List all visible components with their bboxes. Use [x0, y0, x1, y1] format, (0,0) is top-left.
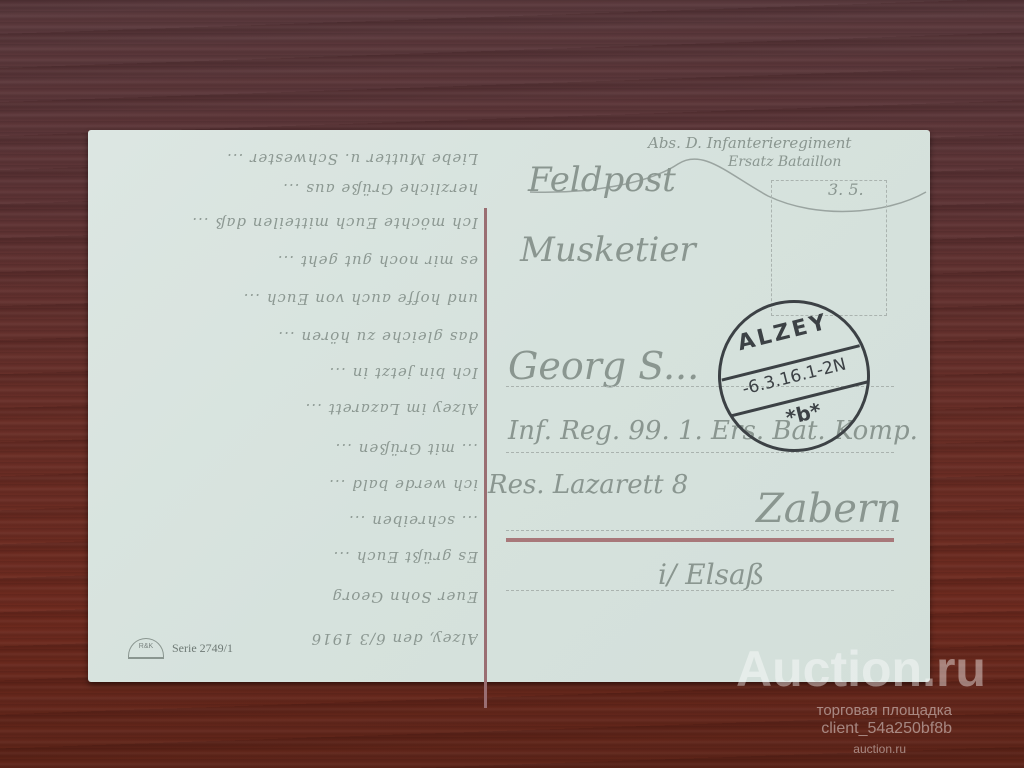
- watermark-client: client_54a250bf8b: [0, 720, 1024, 738]
- message-line: ich werde bald ...: [98, 472, 478, 494]
- message-line: ... mit Grüßen ...: [98, 436, 478, 458]
- message-line: Liebe Mutter u. Schwester ...: [98, 146, 478, 168]
- postcard: Liebe Mutter u. Schwester ... herzliche …: [88, 130, 930, 682]
- message-area: Liebe Mutter u. Schwester ... herzliche …: [98, 138, 478, 678]
- message-line: Es grüßt Euch ...: [98, 544, 478, 566]
- recipient-unit: Inf. Reg. 99. 1. Ers. Bat. Komp.: [508, 416, 918, 446]
- watermark-tagline: торговая площадка: [0, 702, 1024, 719]
- recipient-name: Georg S...: [508, 344, 699, 388]
- watermark-brand: Auction.ru: [736, 640, 986, 698]
- message-line: herzliche Grüße aus ...: [98, 176, 478, 198]
- recipient-city: Zabern: [756, 486, 902, 532]
- message-line: ... schreiben ...: [98, 508, 478, 530]
- message-line: Ich möchte Euch mitteilen daß ...: [98, 210, 478, 232]
- message-line: und hoffe auch von Euch ...: [98, 286, 478, 308]
- sender-note: Ersatz Bataillon: [728, 154, 841, 170]
- message-line: es mir noch gut geht ...: [98, 248, 478, 270]
- recipient-hospital: Res. Lazarett 8: [488, 470, 688, 500]
- message-line: Ich bin jetzt in ...: [98, 360, 478, 382]
- feldpost-label: Feldpost: [528, 160, 676, 200]
- sender-note: Abs. D. Infanterieregiment: [648, 134, 851, 152]
- recipient-region: i/ Elsaß: [658, 558, 764, 591]
- series-number: Serie 2749/1: [172, 641, 233, 656]
- address-line: [506, 452, 894, 453]
- stamp-placeholder: [771, 180, 887, 316]
- red-address-rule: [506, 538, 894, 542]
- watermark-domain: auction.ru: [0, 742, 1024, 756]
- message-line: das gleiche zu hören ...: [98, 324, 478, 346]
- address-line: [506, 530, 894, 531]
- message-line: Euer Sohn Georg: [98, 584, 478, 606]
- publisher-sun-logo-icon: R&K: [128, 638, 164, 659]
- vertical-divider: [484, 208, 487, 708]
- message-line: Alzey im Lazarett ...: [98, 396, 478, 418]
- recipient-rank: Musketier: [520, 230, 696, 270]
- address-line: [506, 590, 894, 591]
- publisher-mark: R&K Serie 2749/1: [128, 638, 233, 659]
